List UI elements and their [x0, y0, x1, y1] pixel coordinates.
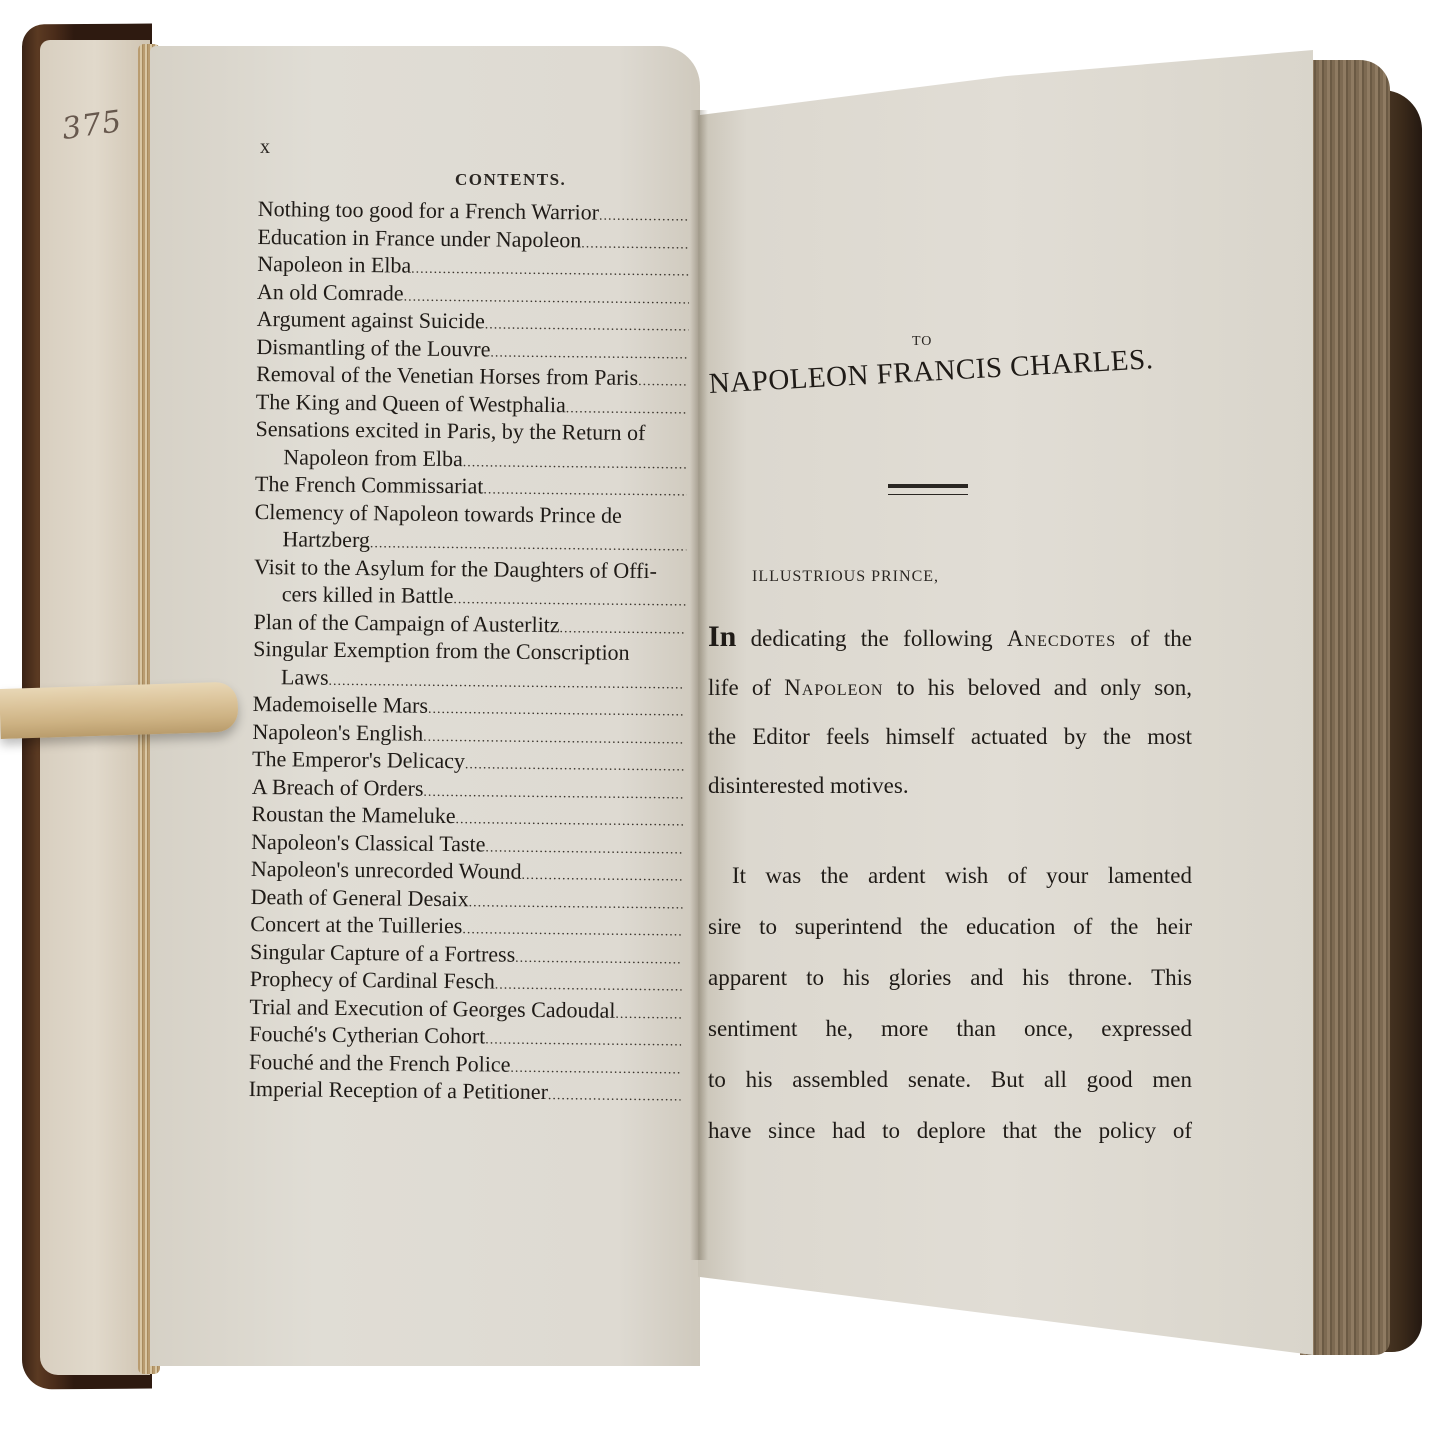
page-edges-right	[1300, 60, 1390, 1355]
dot-leader	[423, 729, 684, 748]
toc-entry-title: An old Comrade	[257, 278, 404, 306]
toc-entry-title: Clemency of Napoleon towards Prince de	[255, 498, 622, 528]
dedication-paragraph-1: In dedicating the following Anecdotes of…	[708, 612, 1192, 810]
toc-entry-title: Sensations excited in Paris, by the Retu…	[255, 416, 645, 446]
dot-leader	[370, 536, 687, 555]
dot-leader	[462, 922, 682, 940]
smallcaps-run: Anecdotes	[1007, 626, 1116, 651]
dot-leader	[615, 1006, 681, 1023]
toc-entry-title: Singular Exemption from the Conscription	[253, 636, 630, 666]
dot-leader	[469, 895, 683, 913]
paragraph-line: to his assembled senate. But all good me…	[708, 1054, 1192, 1105]
dot-leader	[581, 236, 689, 253]
paragraph-line: sire to superintend the education of the…	[708, 901, 1192, 952]
dot-leader	[560, 621, 686, 638]
page-folio: x	[260, 136, 270, 159]
toc-entry-title: Removal of the Venetian Horses from Pari…	[256, 361, 638, 391]
toc-entry-title: The King and Queen of Westphalia	[256, 388, 566, 417]
dot-leader	[485, 840, 683, 858]
dot-leader	[638, 374, 688, 391]
toc-entry-title: Napoleon's Classical Taste	[251, 828, 485, 856]
toc-entry-title: Nothing too good for a French Warrior	[258, 196, 599, 226]
dot-leader	[566, 401, 688, 418]
toc-entry-title: Napoleon's English	[252, 718, 423, 746]
dot-leader	[490, 345, 688, 363]
drop-cap: In	[708, 620, 736, 653]
paragraph-line: apparent to his glories and his throne. …	[708, 952, 1192, 1003]
toc-entry-title: Death of General Desaix	[251, 883, 469, 911]
toc-entry-title: Imperial Reception of a Petitioner	[249, 1076, 549, 1105]
dot-leader	[622, 522, 687, 523]
dedication-paragraph-2: It was the ardent wish of your lamented …	[708, 850, 1192, 1156]
ornamental-rule	[888, 484, 968, 495]
toc-entry-title: Plan of the Campaign of Austerlitz	[253, 608, 559, 637]
table-of-contents: Nothing too good for a French WarriorEdu…	[248, 196, 697, 1108]
dot-leader	[485, 317, 689, 335]
paragraph-line: It was the ardent wish of your lamented	[708, 850, 1192, 901]
text-run: of the	[1116, 626, 1192, 651]
wooden-stick[interactable]	[0, 682, 239, 739]
paragraph-line: the Editor feels himself actuated by the…	[708, 712, 1192, 761]
dot-leader	[548, 1088, 681, 1105]
paragraph-line: have since had to deplore that the polic…	[708, 1105, 1192, 1156]
toc-entry-title: Fouché and the French Police	[249, 1048, 511, 1077]
salutation: ILLUSTRIOUS PRINCE,	[752, 568, 939, 586]
text-run: to his beloved and only son,	[883, 675, 1192, 700]
toc-entry-title: Singular Capture of a Fortress	[250, 938, 515, 967]
dot-leader	[510, 1060, 681, 1078]
dot-leader	[411, 262, 689, 281]
smallcaps-run: Napoleon	[784, 675, 883, 700]
dot-leader	[453, 592, 685, 610]
dot-leader	[521, 868, 683, 886]
dot-leader	[455, 812, 683, 830]
toc-entry-title: Prophecy of Cardinal Fesch	[250, 966, 495, 995]
dot-leader	[485, 1032, 681, 1050]
toc-entry-title: Napoleon in Elba	[257, 251, 411, 279]
paragraph-line: disinterested motives.	[708, 761, 1192, 810]
text-run: life of	[708, 675, 784, 700]
toc-entry-title: A Breach of Orders	[252, 773, 424, 801]
dot-leader	[463, 455, 688, 473]
toc-entry-title: The French Commissariat	[255, 471, 484, 499]
toc-entry-title: Dismantling of the Louvre	[256, 333, 490, 361]
dot-leader	[483, 482, 687, 500]
dot-leader	[599, 209, 690, 226]
dot-leader	[515, 950, 682, 968]
toc-entry-title: Laws	[281, 664, 329, 690]
paragraph-line: In dedicating the following Anecdotes of…	[708, 612, 1192, 663]
dot-leader	[630, 660, 686, 661]
toc-entry-title: Mademoiselle Mars	[253, 691, 429, 719]
text-run: dedicating the following	[736, 626, 1007, 651]
dot-leader	[495, 978, 682, 996]
toc-entry-title: Argument against Suicide	[257, 306, 485, 334]
toc-entry-title: Visit to the Asylum for the Daughters of…	[254, 553, 657, 583]
dot-leader	[328, 673, 684, 693]
toc-entry-title: The Emperor's Delicacy	[252, 746, 465, 774]
dot-leader	[423, 784, 683, 803]
paragraph-line: sentiment he, more than once, expressed	[708, 1003, 1192, 1054]
toc-entry-title: Napoleon from Elba	[283, 444, 463, 472]
toc-entry-title: Napoleon's unrecorded Wound	[251, 856, 522, 885]
toc-entry-title: Concert at the Tuilleries	[250, 911, 462, 939]
dedication-to: TO	[912, 334, 932, 350]
toc-entry-title: Roustan the Mameluke	[251, 801, 455, 829]
dot-leader	[404, 289, 689, 308]
toc-entry-title: cers killed in Battle	[282, 581, 454, 609]
paragraph-line: life of Napoleon to his beloved and only…	[708, 663, 1192, 712]
toc-entry: Imperial Reception of a Petitioner	[248, 1076, 688, 1108]
toc-entry-title: Education in France under Napoleon	[257, 223, 581, 252]
contents-heading: CONTENTS.	[455, 170, 566, 190]
toc-entry-title: Trial and Execution of Georges Cadoudal	[249, 993, 615, 1023]
dot-leader	[465, 757, 684, 775]
book-gutter	[690, 110, 708, 1260]
toc-entry-title: Fouché's Cytherian Cohort	[249, 1021, 485, 1049]
toc-entry-title: Hartzberg	[282, 526, 370, 553]
dot-leader	[428, 702, 685, 721]
